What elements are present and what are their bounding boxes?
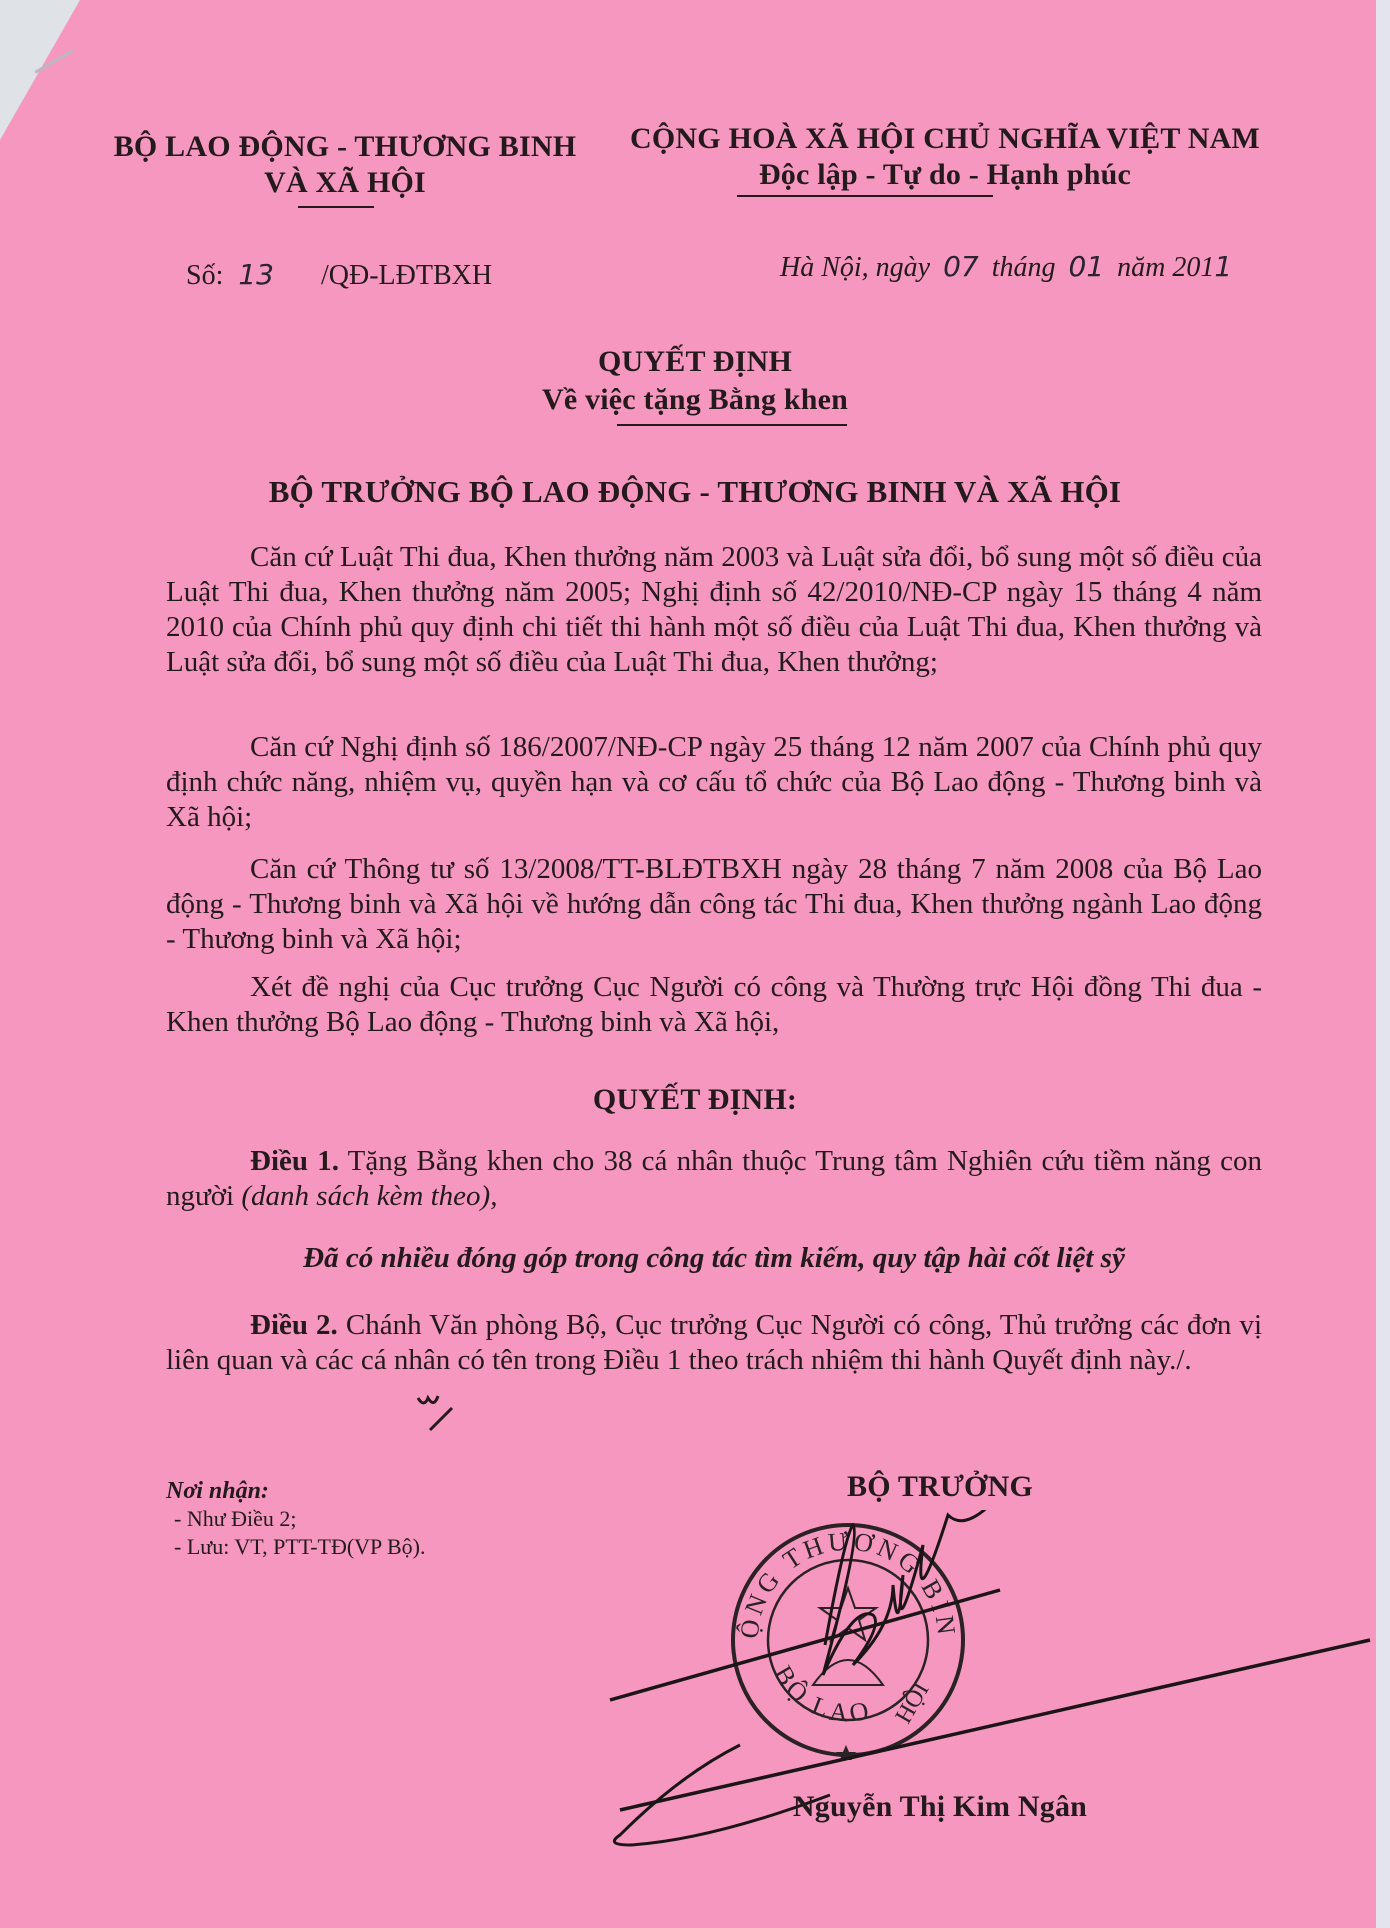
article-1-reason: Đã có nhiều đóng góp trong công tác tìm … [166, 1242, 1262, 1275]
article-2-label: Điều 2. [250, 1309, 338, 1341]
ministry-name: BỘ LAO ĐỘNG - THƯƠNG BINH VÀ XÃ HỘI [105, 130, 585, 200]
date-line: Hà Nội, ngày 07 tháng 01 năm 2011 [780, 250, 1232, 284]
country-name: CỘNG HOÀ XÃ HỘI CHỦ NGHĨA VIỆT NAM [615, 122, 1275, 156]
preamble-4: Xét đề nghị của Cục trưởng Cục Người có … [166, 970, 1262, 1040]
date-year-label: năm [1117, 252, 1165, 283]
article-1-note: (danh sách kèm theo), [241, 1180, 497, 1212]
recipients-heading: Nơi nhận: [166, 1478, 425, 1505]
signature [580, 1510, 1380, 1890]
preamble-3: Căn cứ Thông tư số 13/2008/TT-BLĐTBXH ng… [166, 852, 1262, 957]
motto-underline [737, 195, 993, 197]
document-subject: Về việc tặng Bằng khen [0, 383, 1390, 417]
national-motto: CỘNG HOÀ XÃ HỘI CHỦ NGHĨA VIỆT NAM Độc l… [615, 122, 1275, 192]
preamble-2: Căn cứ Nghị định số 186/2007/NĐ-CP ngày … [166, 730, 1262, 835]
recipients: Nơi nhận: - Như Điều 2; - Lưu: VT, PTT-T… [166, 1478, 425, 1561]
date-month: 01 [1069, 250, 1105, 283]
recipient-item: - Lưu: VT, PTT-TĐ(VP Bộ). [174, 1533, 425, 1561]
initials-mark [410, 1390, 470, 1450]
signer-title: BỘ TRƯỞNG [780, 1470, 1100, 1504]
issuing-authority: BỘ TRƯỞNG BỘ LAO ĐỘNG - THƯƠNG BINH VÀ X… [0, 474, 1390, 510]
date-year-handwritten: 1 [1214, 250, 1232, 283]
date-month-label: tháng [992, 252, 1056, 283]
ministry-underline [298, 206, 374, 208]
ministry-name-line2: VÀ XÃ HỘI [105, 166, 585, 200]
document-title: QUYẾT ĐỊNH [0, 345, 1390, 379]
article-1: Điều 1. Tặng Bằng khen cho 38 cá nhân th… [166, 1144, 1262, 1214]
date-place: Hà Nội, ngày [780, 252, 930, 283]
recipient-item: - Như Điều 2; [174, 1505, 425, 1533]
motto: Độc lập - Tự do - Hạnh phúc [615, 158, 1275, 192]
article-2: Điều 2. Chánh Văn phòng Bộ, Cục trưởng C… [166, 1308, 1262, 1378]
reference-suffix: /QĐ-LĐTBXH [321, 260, 492, 291]
signer-name: Nguyễn Thị Kim Ngân [780, 1790, 1100, 1824]
date-day: 07 [943, 250, 979, 283]
reference-label: Số: [186, 260, 223, 291]
reference-handwritten-number: 13 [238, 258, 274, 291]
decision-heading: QUYẾT ĐỊNH: [0, 1083, 1390, 1117]
article-1-label: Điều 1. [250, 1145, 339, 1177]
reference-number: Số: 13 /QĐ-LĐTBXH [186, 258, 492, 292]
subject-underline [617, 424, 847, 426]
date-year-printed: 201 [1172, 252, 1214, 283]
preamble-1: Căn cứ Luật Thi đua, Khen thưởng năm 200… [166, 540, 1262, 680]
ministry-name-line1: BỘ LAO ĐỘNG - THƯƠNG BINH [105, 130, 585, 164]
